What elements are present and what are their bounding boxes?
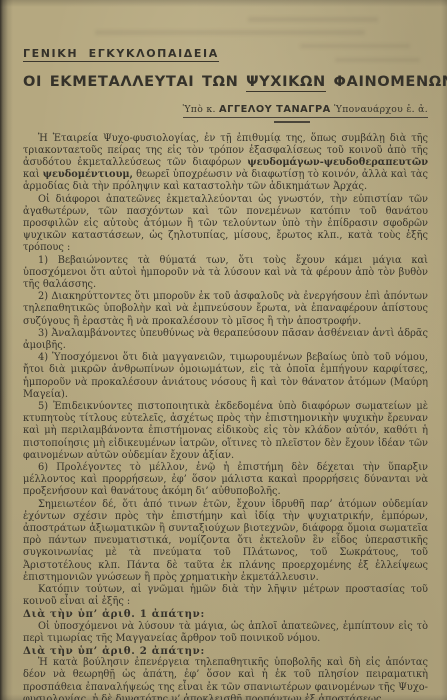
bold-term-pseudomediums: ψευδομέντιουμ, <box>43 169 133 180</box>
author-rank: Ὑποναυάρχου ἐ. ἀ. <box>331 104 428 115</box>
byline-row: Ὑπὸ κ. ΑΓΓΕΛΟΥ ΤΑΝΑΓΡΑ Ὑποναυάρχου ἐ. ἀ. <box>23 97 428 118</box>
list-item-1: 1) Βεβαιώνοντες τὰ θύματά των, ὅτι τοὺς … <box>23 255 428 292</box>
list-item-3: 3) Ἀναλαμβάνοντες ὑπευθύνως νὰ θεραπεύσο… <box>23 328 428 352</box>
section-body-fraud-1: Οἱ ὑποσχόμενοι νὰ λύσουν τὰ μάγια, ὡς ἁπ… <box>23 621 428 645</box>
article-body: Ἡ Ἑταιρεία Ψυχο-φυσιολογίας, ἐν τῇ ἐπιθυ… <box>23 133 428 700</box>
byline-divider-rule <box>274 121 310 123</box>
list-item-2: 2) Διακηρύττοντες ὅτι μποροῦν ἐκ τοῦ ἀσφ… <box>23 291 428 328</box>
article-title-pre: ΟΙ ΕΚΜΕΤΑΛΛΕΥΤΑΙ ΤΩΝ <box>23 73 246 90</box>
section-heading-fraud-1: Διὰ τὴν ὑπ’ ἀριθ. 1 ἀπάτην: <box>23 608 428 620</box>
article-title: ΟΙ ΕΚΜΕΤΑΛΛΕΥΤΑΙ ΤΩΝ ΨΥΧΙΚΩΝ ΦΑΙΝΟΜΕΝΩΝ <box>23 73 428 90</box>
bold-term-pseudomagicians: ψευδομάγων-ψευδοθεραπευτῶν <box>247 157 428 168</box>
section-heading-fraud-2: Διὰ τὴν ὑπ’ ἀριθ. 2 ἀπάτην: <box>23 645 428 657</box>
list-item-6: 6) Προλέγοντες τὸ μέλλον, ἐνῷ ἡ ἐπιστήμη… <box>23 462 428 499</box>
paragraph-intro-conj: καὶ <box>23 169 43 180</box>
paragraph-note: Σημειωτέον δέ, ὅτι ἀπό τινων ἐτῶν, ἔχουν… <box>23 499 428 584</box>
paragraph-intro: Ἡ Ἑταιρεία Ψυχο-φυσιολογίας, ἐν τῇ ἐπιθυ… <box>23 133 428 194</box>
list-item-5: 5) Ἐπιδεικνύοντες πιστοποιητικὰ ἐκδεδομέ… <box>23 401 428 462</box>
scanned-encyclopedia-page: ΓΕΝΙΚΗ ΕΓΚΥΚΛΟΠΑΙΔΕΙΑ ΟΙ ΕΚΜΕΤΑΛΛΕΥΤΑΙ Τ… <box>0 0 447 700</box>
paragraph-overview: Οἱ διάφοροι ἀπατεῶνες ἐκμεταλλεύονται ὡς… <box>23 194 428 255</box>
byline: Ὑπὸ κ. ΑΓΓΕΛΟΥ ΤΑΝΑΓΡΑ Ὑποναυάρχου ἐ. ἀ. <box>183 104 428 118</box>
article-title-post: ΦΑΙΝΟΜΕΝΩΝ <box>326 73 447 90</box>
series-header: ΓΕΝΙΚΗ ΕΓΚΥΚΛΟΠΑΙΔΕΙΑ <box>23 0 428 62</box>
paragraph-conclusion-lead: Κατόπιν τούτων, αἱ γνῶμαι ἡμῶν διὰ τὴν λ… <box>23 584 428 608</box>
byline-prefix: Ὑπὸ κ. <box>183 104 219 115</box>
article-title-underlined-word: ΨΥΧΙΚΩΝ <box>246 73 326 92</box>
list-item-4: 4) Ὑποσχόμενοι ὅτι διὰ μαγγανειῶν, τιμωρ… <box>23 352 428 401</box>
page-content: ΓΕΝΙΚΗ ΕΓΚΥΚΛΟΠΑΙΔΕΙΑ ΟΙ ΕΚΜΕΤΑΛΛΕΥΤΑΙ Τ… <box>0 0 447 700</box>
series-title: ΓΕΝΙΚΗ ΕΓΚΥΚΛΟΠΑΙΔΕΙΑ <box>23 47 219 62</box>
section-body-fraud-2: Ἡ κατὰ βούλησιν ἐπενέργεια τηλεπαθητικῆς… <box>23 657 428 700</box>
author-name: ΑΓΓΕΛΟΥ ΤΑΝΑΓΡΑ <box>219 104 331 115</box>
